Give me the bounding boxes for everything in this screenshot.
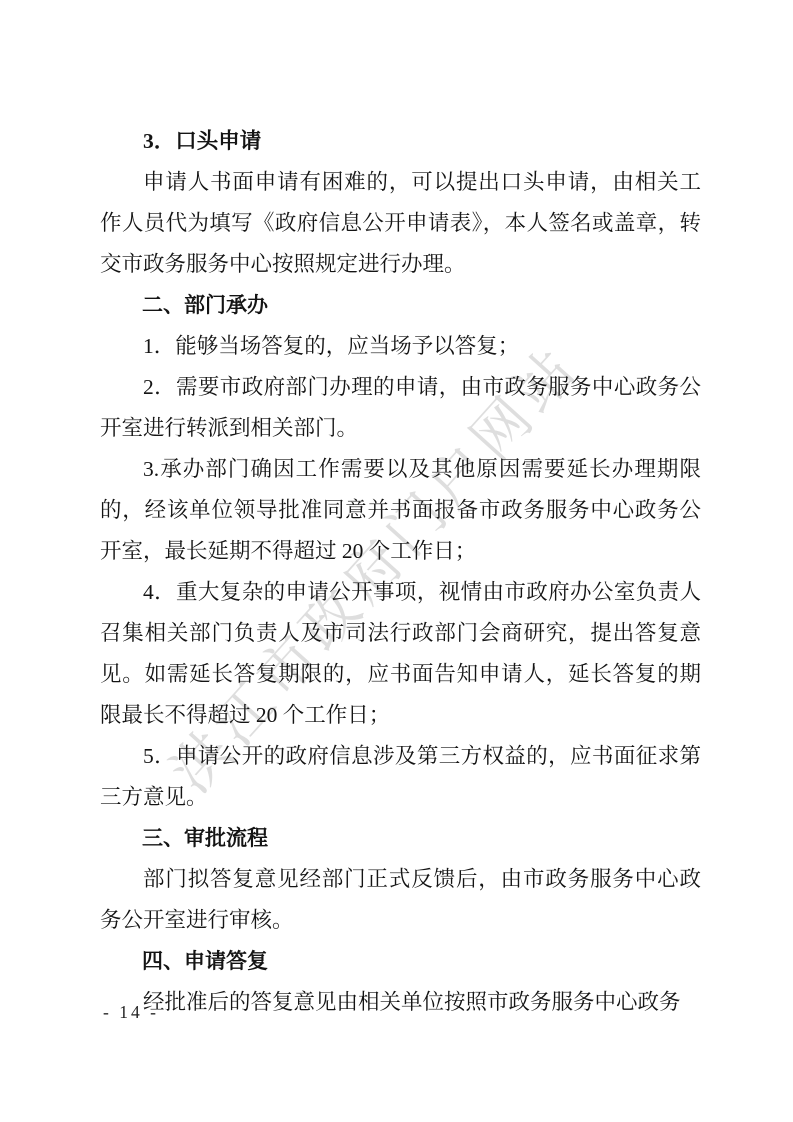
body-paragraph: 经批准后的答复意见由相关单位按照市政务服务中心政务 <box>100 982 701 1023</box>
section-heading: 二、部门承办 <box>100 285 701 326</box>
section-heading: 3．口头申请 <box>100 121 701 162</box>
document-page: 洪江市政府门户网站 3．口头申请申请人书面申请有困难的，可以提出口头申请，由相关… <box>0 0 793 1122</box>
body-paragraph: 3.承办部门确因工作需要以及其他原因需要延长办理期限的，经该单位领导批准同意并书… <box>100 449 701 572</box>
section-heading: 四、申请答复 <box>100 941 701 982</box>
body-paragraph: 申请人书面申请有困难的，可以提出口头申请，由相关工作人员代为填写《政府信息公开申… <box>100 162 701 285</box>
body-paragraph: 4．重大复杂的申请公开事项，视情由市政府办公室负责人召集相关部门负责人及市司法行… <box>100 572 701 736</box>
document-body: 3．口头申请申请人书面申请有困难的，可以提出口头申请，由相关工作人员代为填写《政… <box>100 121 701 1023</box>
body-paragraph: 1．能够当场答复的，应当场予以答复； <box>100 326 701 367</box>
page-number: - 14 - <box>103 1002 159 1023</box>
body-paragraph: 2．需要市政府部门办理的申请，由市政务服务中心政务公开室进行转派到相关部门。 <box>100 367 701 449</box>
section-heading: 三、审批流程 <box>100 818 701 859</box>
body-paragraph: 5．申请公开的政府信息涉及第三方权益的，应书面征求第三方意见。 <box>100 736 701 818</box>
body-paragraph: 部门拟答复意见经部门正式反馈后，由市政务服务中心政务公开室进行审核。 <box>100 859 701 941</box>
